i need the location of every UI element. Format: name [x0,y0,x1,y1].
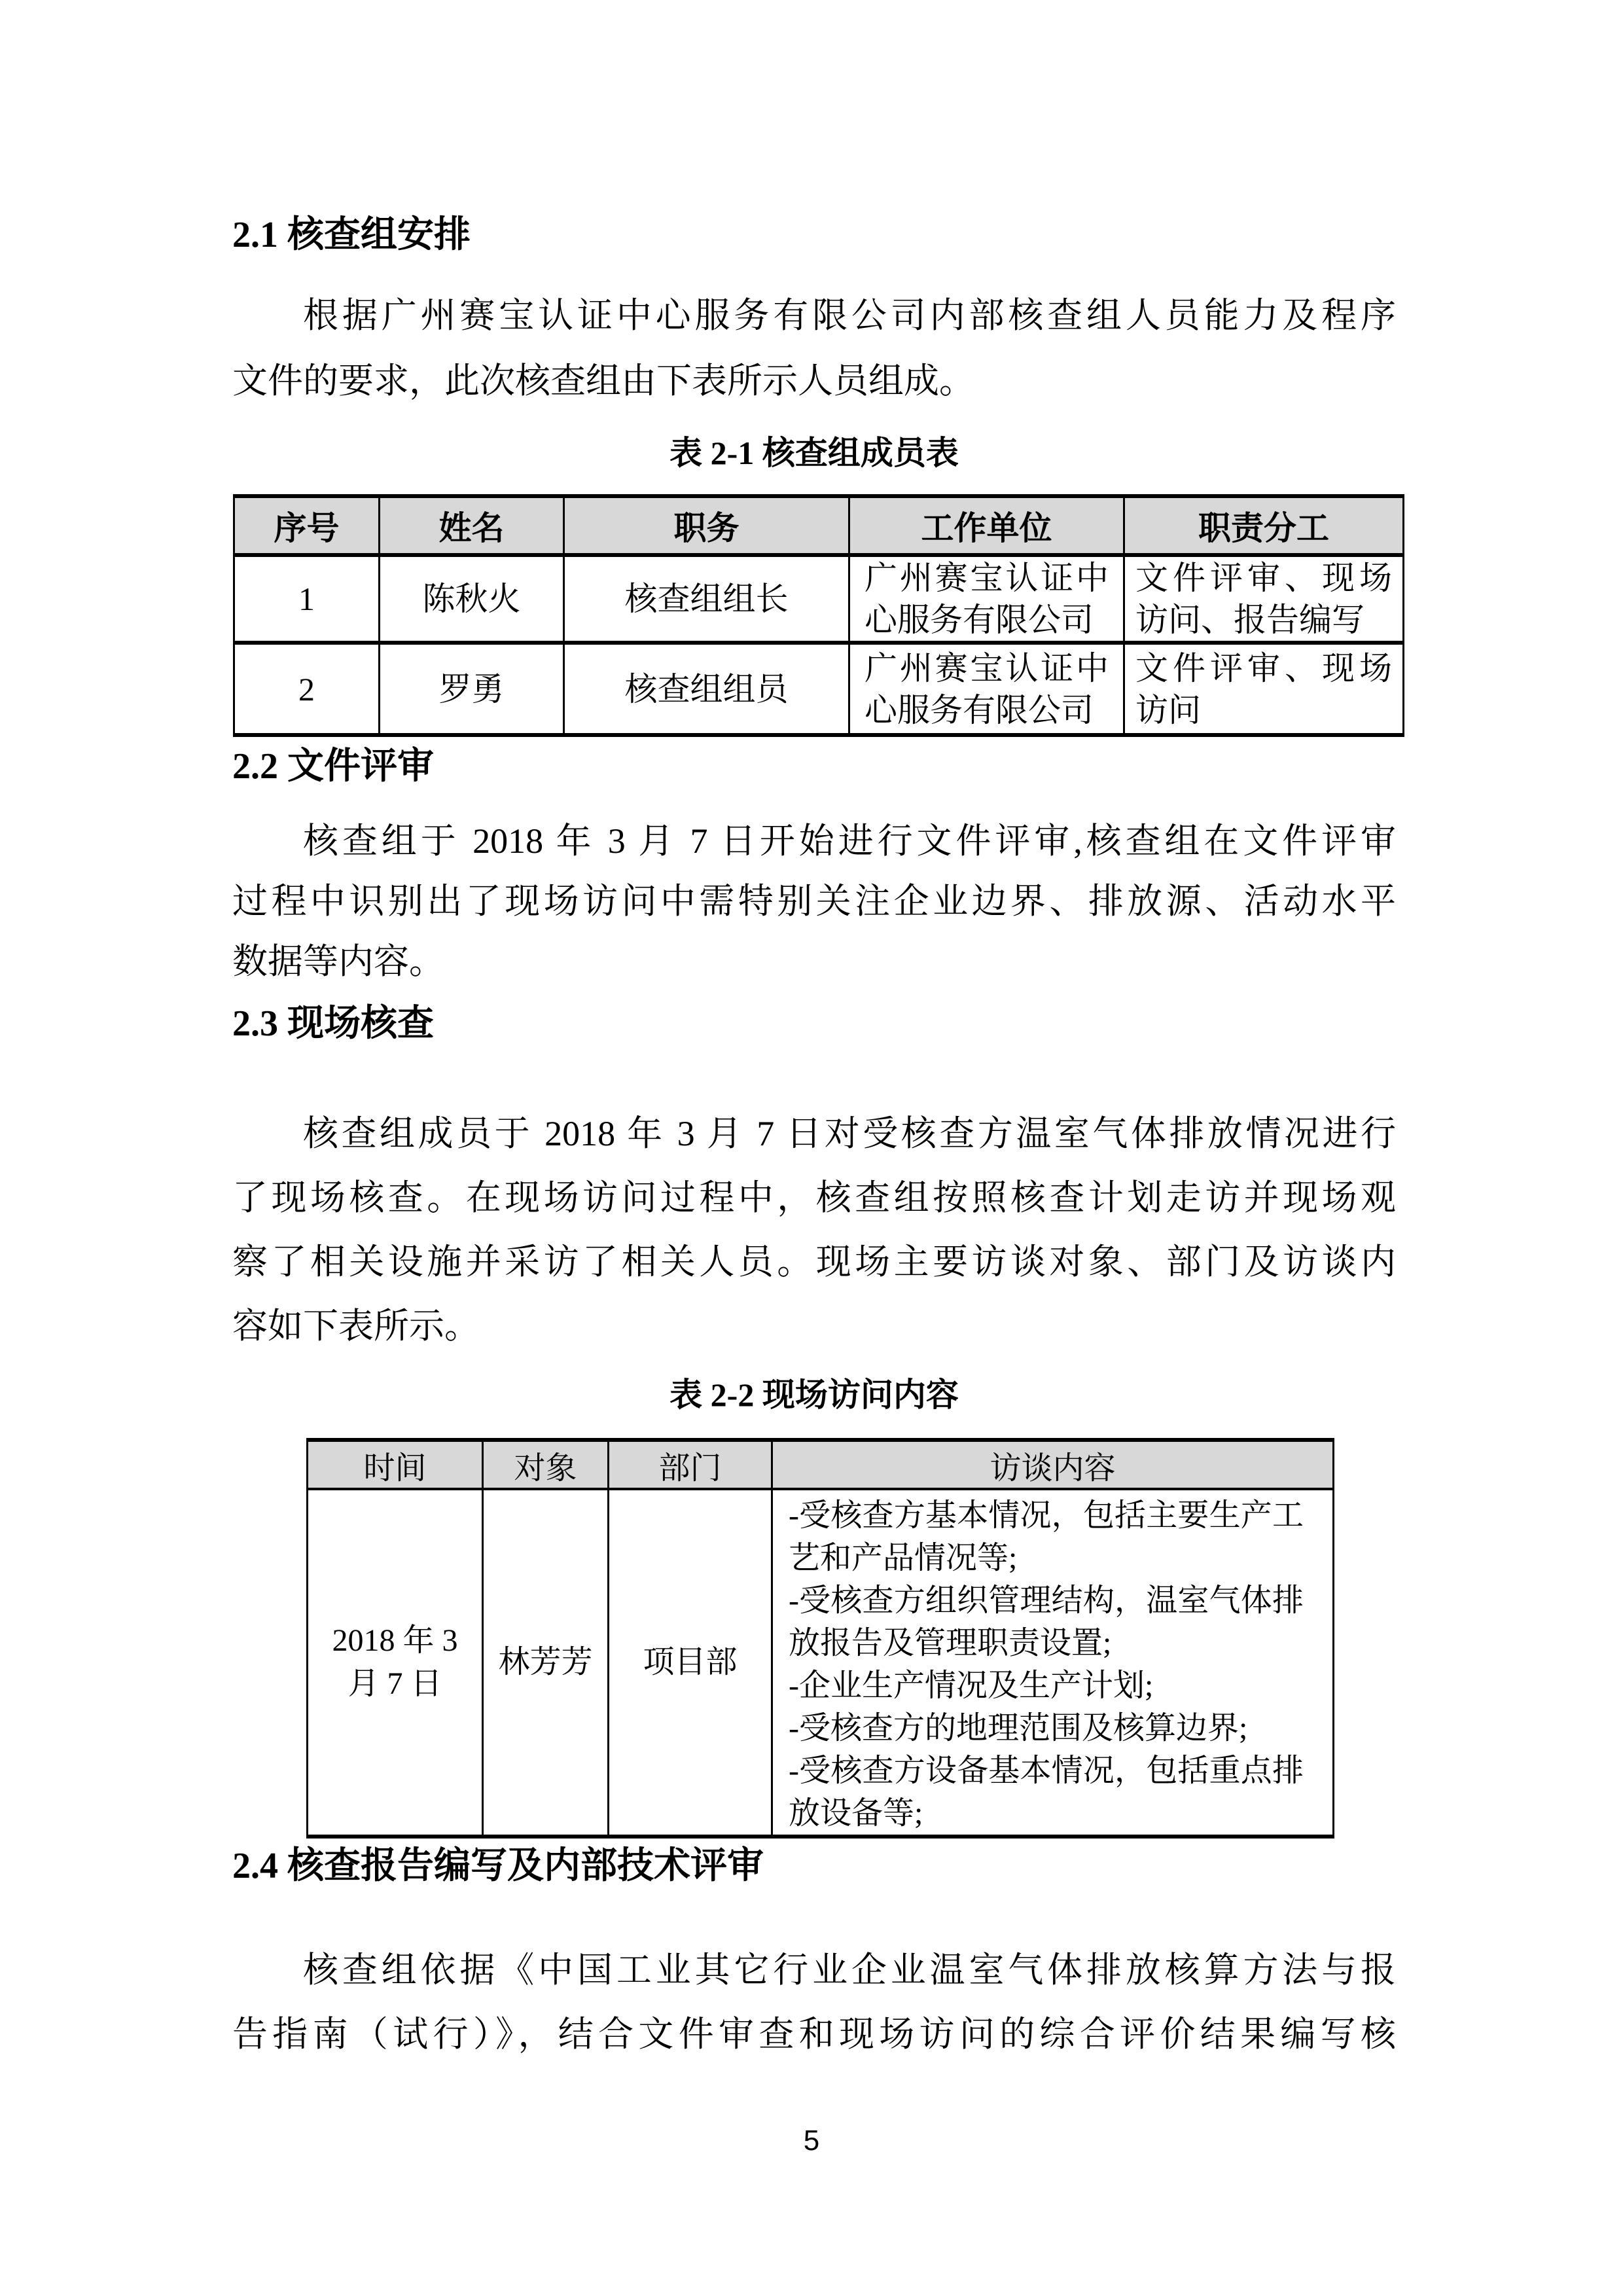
header-cell-target: 对象 [483,1440,609,1489]
cell-name: 陈秋火 [380,555,564,643]
paragraph-line: 核查组于 2018 年 3 月 7 日开始进行文件评审,核查组在文件评审 [232,811,1396,871]
cell-topics: -受核查方基本情况，包括主要生产工艺和产品情况等; -受核查方组织管理结构，温室… [772,1489,1334,1837]
header-cell-time: 时间 [308,1440,483,1489]
interview-topic: -受核查方设备基本情况，包括重点排放设备等; [789,1749,1304,1835]
member-row: 2 罗勇 核查组组员 广州赛宝认证中心服务有限公司 文件评审、现场访问 [234,643,1404,735]
header-cell-no: 序号 [234,496,380,555]
paragraph-line: 核查组依据《中国工业其它行业企业温室气体排放核算方法与报 [232,1938,1396,2002]
header-cell-topics: 访谈内容 [772,1440,1334,1489]
header-cell-duty: 职责分工 [1124,496,1404,555]
paragraph-line: 察了相关设施并采访了相关人员。现场主要访谈对象、部门及访谈内 [232,1230,1396,1294]
page-number: 5 [0,2125,1623,2157]
paragraph-line: 核查组成员于 2018 年 3 月 7 日对受核查方温室气体排放情况进行 [232,1102,1396,1166]
paragraph-2-1: 根据广州赛宝认证中心服务有限公司内部核查组人员能力及程序 文件的要求，此次核查组… [232,283,1396,414]
header-cell-role: 职务 [564,496,849,555]
paragraph-line: 根据广州赛宝认证中心服务有限公司内部核查组人员能力及程序 [232,283,1396,348]
section-heading-2-4: 2.4 核查报告编写及内部技术评审 [232,1846,1396,1886]
paragraph-line: 文件的要求，此次核查组由下表所示人员组成。 [232,348,1396,414]
paragraph-line: 了现场核查。在现场访问过程中，核查组按照核查计划走访并现场观 [232,1166,1396,1230]
paragraph-2-2: 核查组于 2018 年 3 月 7 日开始进行文件评审,核查组在文件评审 过程中… [232,811,1396,992]
visit-row: 2018 年 3 月 7 日 林芳芳 项目部 -受核查方基本情况，包括主要生产工… [308,1489,1334,1837]
section-heading-2-2: 2.2 文件评审 [232,747,1396,786]
header-cell-unit: 工作单位 [849,496,1124,555]
cell-duty: 文件评审、现场访问、报告编写 [1124,555,1404,643]
table-2-2-title: 表 2-2 现场访问内容 [232,1377,1396,1412]
paragraph-line: 容如下表所示。 [232,1294,1396,1358]
cell-no: 2 [234,643,380,735]
cell-role: 核查组组长 [564,555,849,643]
member-row: 1 陈秋火 核查组组长 广州赛宝认证中心服务有限公司 文件评审、现场访问、报告编… [234,555,1404,643]
header-cell-department: 部门 [609,1440,772,1489]
table-2-1-title: 表 2-1 核查组成员表 [232,435,1396,471]
paragraph-line: 告指南（试行）》，结合文件审查和现场访问的综合评价结果编写核 [232,2002,1396,2066]
interview-topic: -企业生产情况及生产计划; [789,1664,1304,1707]
table-2-2-site-visit: 时间 对象 部门 访谈内容 2018 年 3 月 7 日 林芳芳 项目部 -受核… [306,1438,1334,1839]
cell-name: 罗勇 [380,643,564,735]
table-2-1-members: 序号 姓名 职务 工作单位 职责分工 1 陈秋火 核查组组长 广州赛宝认证中心服… [233,494,1404,737]
interview-topic: -受核查方组织管理结构，温室气体排放报告及管理职责设置; [789,1579,1304,1664]
document-page: 2.1 核查组安排 根据广州赛宝认证中心服务有限公司内部核查组人员能力及程序 文… [0,0,1623,2296]
cell-target: 林芳芳 [483,1489,609,1837]
paragraph-line: 数据等内容。 [232,931,1396,992]
cell-duty: 文件评审、现场访问 [1124,643,1404,735]
interview-topic: -受核查方基本情况，包括主要生产工艺和产品情况等; [789,1494,1304,1579]
cell-unit: 广州赛宝认证中心服务有限公司 [849,555,1124,643]
table-header-row: 序号 姓名 职务 工作单位 职责分工 [234,496,1404,555]
paragraph-2-4: 核查组依据《中国工业其它行业企业温室气体排放核算方法与报 告指南（试行）》，结合… [232,1938,1396,2066]
table-header-row: 时间 对象 部门 访谈内容 [308,1440,1334,1489]
visit-time: 2018 年 3 月 7 日 [326,1619,465,1706]
cell-department: 项目部 [609,1489,772,1837]
section-heading-2-1: 2.1 核查组安排 [232,215,1396,255]
cell-role: 核查组组员 [564,643,849,735]
paragraph-2-3: 核查组成员于 2018 年 3 月 7 日对受核查方温室气体排放情况进行 了现场… [232,1102,1396,1358]
cell-time: 2018 年 3 月 7 日 [308,1489,483,1837]
interview-topic: -受核查方的地理范围及核算边界; [789,1707,1304,1749]
cell-no: 1 [234,555,380,643]
header-cell-name: 姓名 [380,496,564,555]
section-heading-2-3: 2.3 现场核查 [232,1004,1396,1043]
cell-unit: 广州赛宝认证中心服务有限公司 [849,643,1124,735]
paragraph-line: 过程中识别出了现场访问中需特别关注企业边界、排放源、活动水平 [232,871,1396,931]
